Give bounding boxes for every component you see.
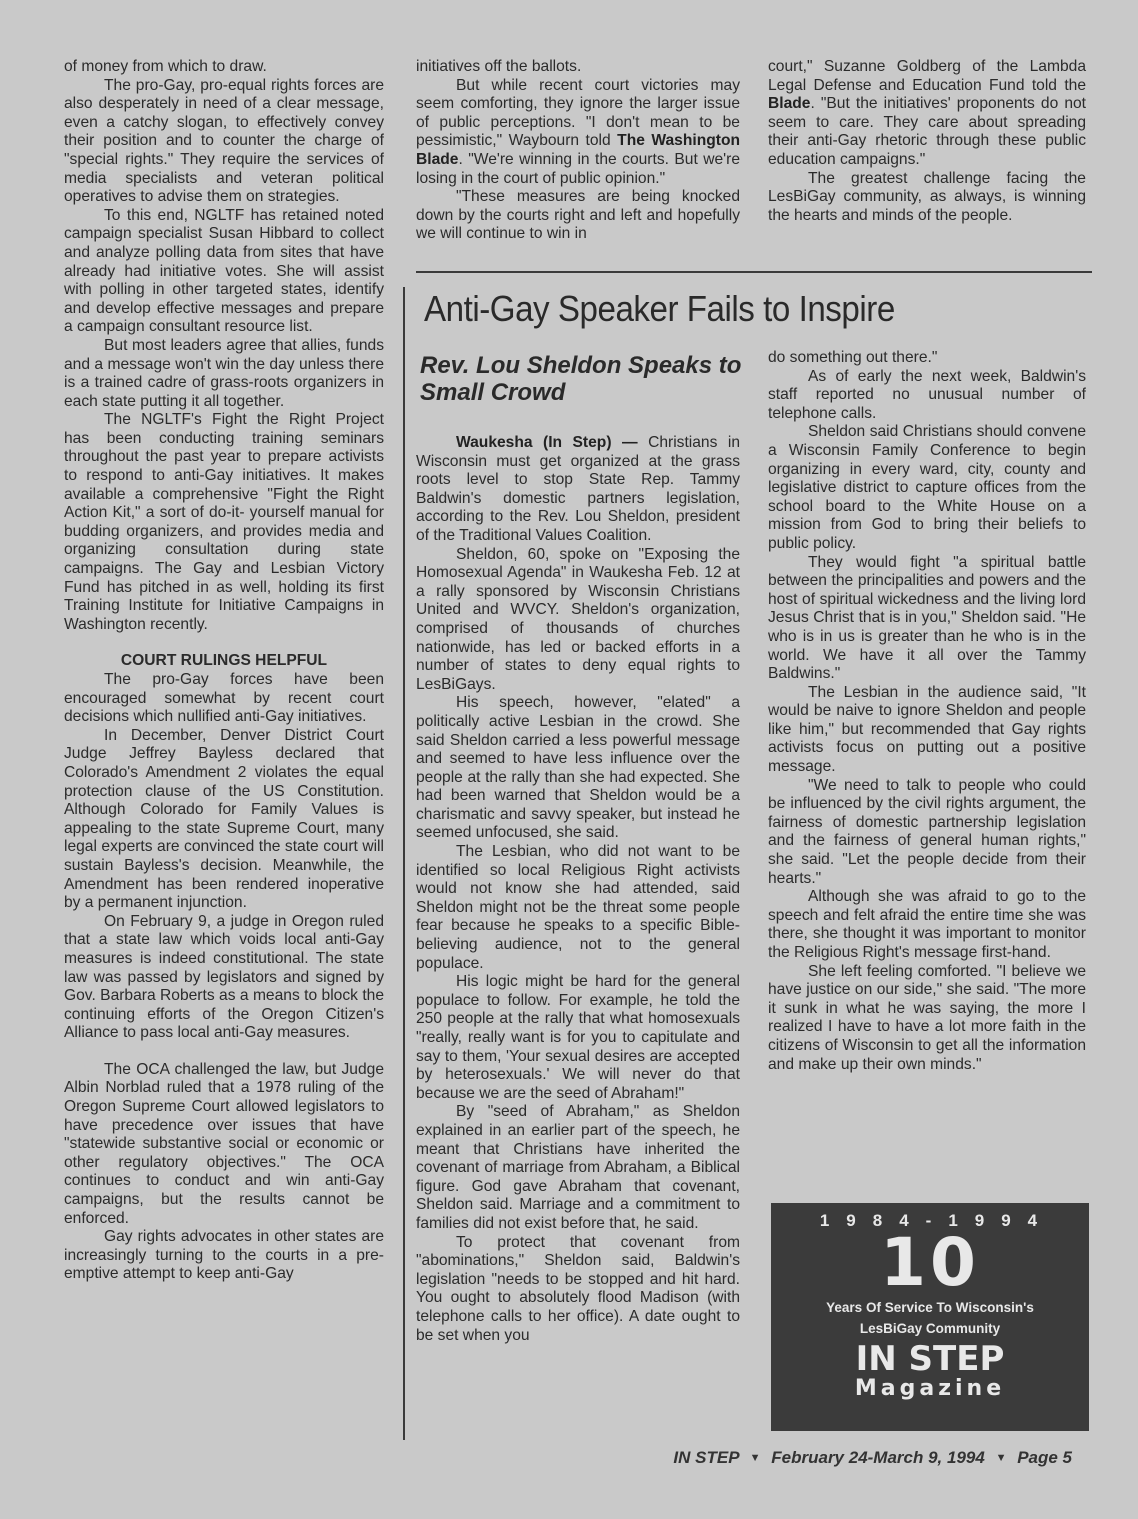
paragraph: The OCA challenged the law, but Judge Al… [64, 1061, 384, 1228]
anniversary-advertisement: 1984-1994 10 Years Of Service To Wiscons… [771, 1203, 1089, 1431]
article-column-right: do something out there." As of early the… [768, 349, 1086, 1074]
paragraph: The Lesbian in the audience said, "It wo… [768, 684, 1086, 777]
paragraph: She left feeling comforted. "I believe w… [768, 963, 1086, 1075]
ad-brand-logo: IN STEP [771, 1341, 1089, 1377]
ad-tagline-line-1: Years Of Service To Wisconsin's [771, 1297, 1089, 1318]
paragraph: "We need to talk to people who could be … [768, 777, 1086, 889]
paragraph: do something out there." [768, 349, 1086, 368]
footer-date: February 24-March 9, 1994 [771, 1448, 985, 1467]
text: . "We're winning in the courts. But we'r… [416, 151, 740, 187]
page-footer: IN STEP ▼ February 24-March 9, 1994 ▼ Pa… [673, 1448, 1072, 1468]
text: court," Suzanne Goldberg of the Lambda L… [768, 58, 1086, 94]
section-heading: COURT RULINGS HELPFUL [64, 652, 384, 671]
ad-tagline: Years Of Service To Wisconsin's LesBiGay… [771, 1297, 1089, 1339]
publication-name: Blade [768, 95, 810, 112]
paragraph: The NGLTF's Fight the Right Project has … [64, 411, 384, 634]
paragraph: The greatest challenge facing the LesBiG… [768, 170, 1086, 226]
paragraph: The Lesbian, who did not want to be iden… [416, 843, 740, 973]
footer-page-number: Page 5 [1017, 1448, 1072, 1467]
continued-article-column-3: court," Suzanne Goldberg of the Lambda L… [768, 58, 1086, 225]
article-column-left: Waukesha (In Step) — Christians in Wisco… [416, 434, 740, 1345]
paragraph: Sheldon said Christians should convene a… [768, 423, 1086, 553]
article-subheadline: Rev. Lou Sheldon Speaks to Small Crowd [420, 352, 760, 406]
paragraph: To this end, NGLTF has retained noted ca… [64, 207, 384, 337]
dateline: Waukesha (In Step) — [456, 434, 638, 451]
article-headline: Anti-Gay Speaker Fails to Inspire [424, 288, 895, 330]
paragraph: By "seed of Abraham," as Sheldon explain… [416, 1103, 740, 1233]
paragraph: The pro-Gay, pro-equal rights forces are… [64, 77, 384, 207]
paragraph: of money from which to draw. [64, 58, 384, 77]
ad-tagline-line-2: LesBiGay Community [771, 1318, 1089, 1339]
paragraph: The pro-Gay forces have been encouraged … [64, 671, 384, 727]
paragraph: Waukesha (In Step) — Christians in Wisco… [416, 434, 740, 546]
paragraph: To protect that covenant from "abominati… [416, 1234, 740, 1346]
triangle-separator-icon: ▼ [996, 1452, 1007, 1464]
paragraph: "These measures are being knocked down b… [416, 188, 740, 244]
paragraph: On February 9, a judge in Oregon ruled t… [64, 913, 384, 1043]
ad-anniversary-number: 10 [771, 1233, 1089, 1293]
footer-publication: IN STEP [673, 1448, 739, 1467]
text: . "But the initiatives' proponents do no… [768, 95, 1086, 168]
triangle-separator-icon: ▼ [750, 1452, 761, 1464]
paragraph: court," Suzanne Goldberg of the Lambda L… [768, 58, 1086, 170]
vertical-column-divider [403, 287, 405, 1440]
continued-article-column-1: of money from which to draw. The pro-Gay… [64, 58, 384, 1284]
paragraph: But while recent court victories may see… [416, 77, 740, 189]
paragraph: initiatives off the ballots. [416, 58, 740, 77]
ad-subbrand: Magazine [771, 1377, 1089, 1401]
paragraph: In December, Denver District Court Judge… [64, 727, 384, 913]
paragraph: As of early the next week, Baldwin's sta… [768, 368, 1086, 424]
paragraph: Gay rights advocates in other states are… [64, 1228, 384, 1284]
paragraph: Although she was afraid to go to the spe… [768, 888, 1086, 962]
paragraph: They would fight "a spiritual battle bet… [768, 554, 1086, 684]
paragraph: His speech, however, "elated" a politica… [416, 694, 740, 843]
paragraph: His logic might be hard for the general … [416, 973, 740, 1103]
horizontal-rule [416, 271, 1092, 273]
paragraph: Sheldon, 60, spoke on "Exposing the Homo… [416, 546, 740, 695]
paragraph: But most leaders agree that allies, fund… [64, 337, 384, 411]
continued-article-column-2: initiatives off the ballots. But while r… [416, 58, 740, 244]
